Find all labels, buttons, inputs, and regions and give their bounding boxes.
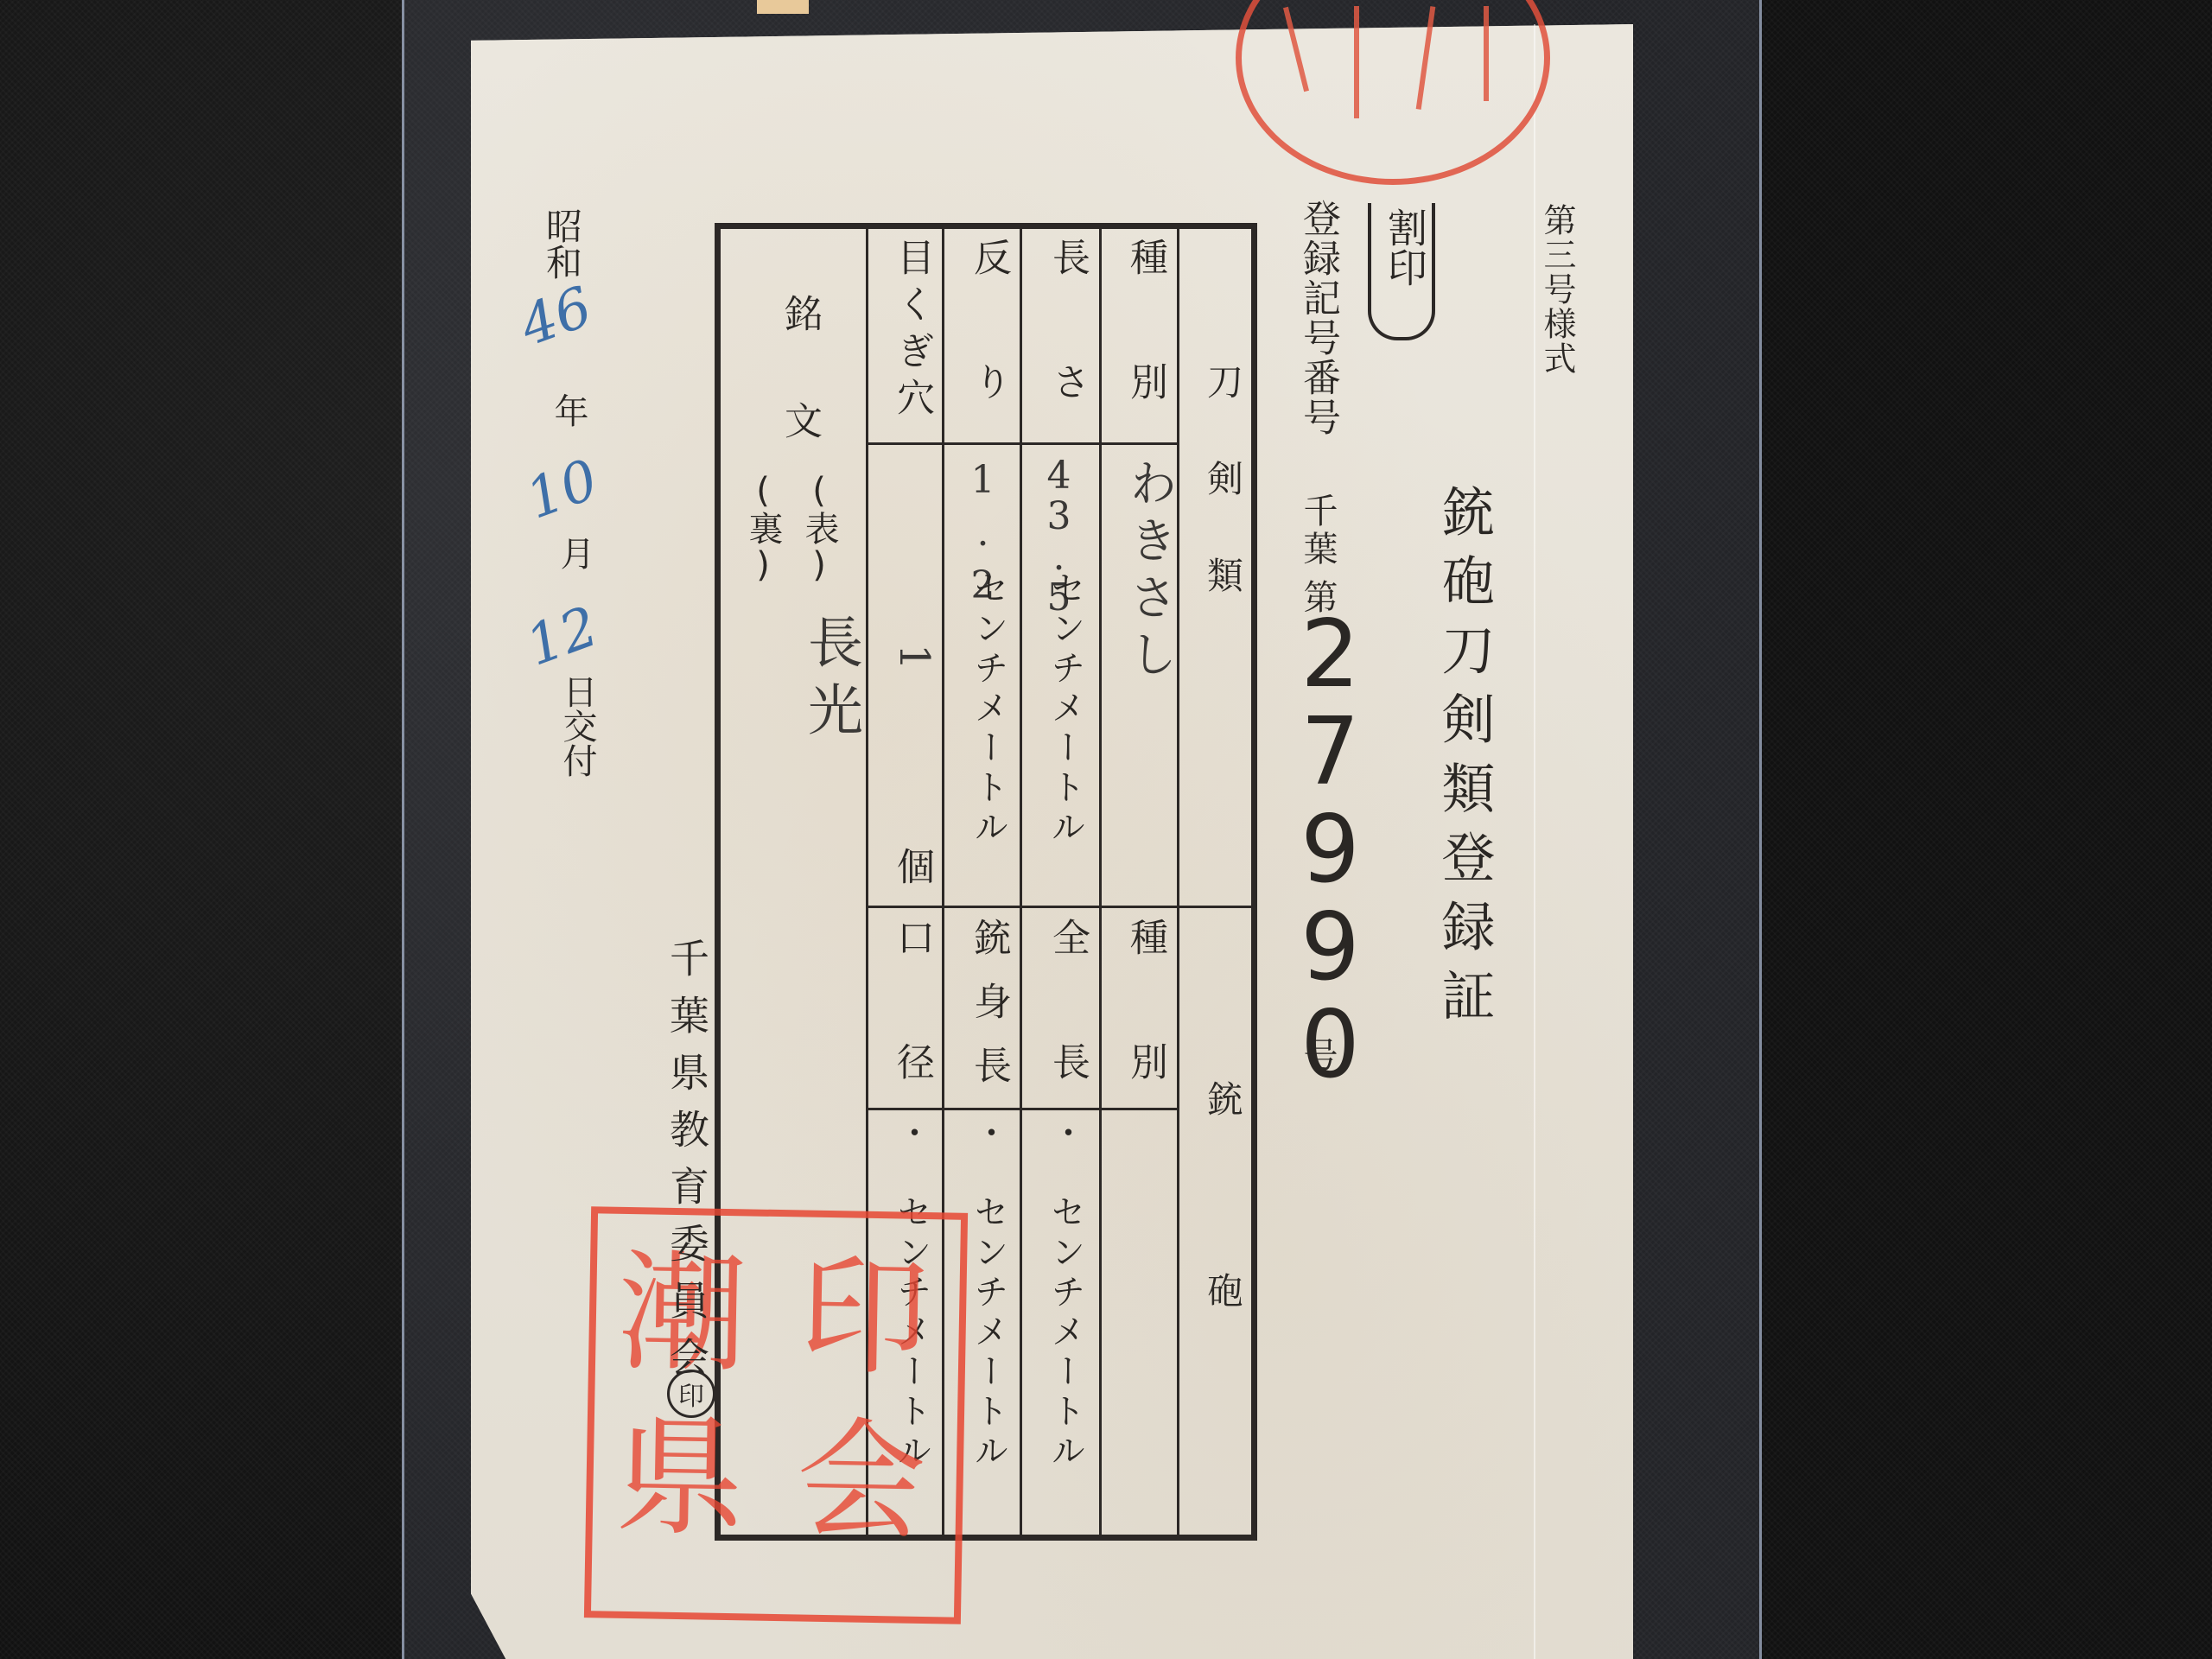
sword-length-unit: センチメートル — [1041, 570, 1090, 849]
seal-mark-icon: 印 — [667, 1370, 715, 1418]
barrel-length-value: ・ センチメートル — [964, 1115, 1014, 1472]
document-title: 銃砲刀剣類登録証 — [1426, 484, 1503, 1037]
registration-label: 登録記号番号 — [1290, 199, 1345, 437]
registration-number: 27990 — [1276, 601, 1384, 1089]
sword-type-value: わきさし — [1115, 458, 1184, 686]
mekugi-ana-header: 目くぎ穴 — [884, 238, 939, 424]
overall-length-value: ・ センチメートル — [1041, 1115, 1090, 1472]
curvature-unit: センチメートル — [964, 570, 1014, 849]
form-number: 第三号様式 — [1534, 203, 1581, 376]
seal-mark-text: 印 — [678, 1375, 704, 1413]
issue-day-label: 日交付 — [553, 674, 602, 778]
curvature-header: 反り — [961, 238, 1016, 486]
sword-section-label: 刀剣類 — [1197, 363, 1249, 653]
inscription-back-label: (裏) — [739, 471, 788, 585]
gun-type-header: 種別 — [1117, 918, 1173, 1166]
official-red-seal-icon: 潮 県 印 会 — [584, 1206, 968, 1624]
table-divider — [1020, 226, 1022, 1538]
inscription-front-label: (表) — [795, 471, 844, 585]
gun-section-label: 銃砲 — [1197, 1080, 1249, 1464]
table-divider — [1099, 226, 1102, 1538]
issue-month-label: 月 — [550, 536, 600, 570]
table-divider — [1177, 226, 1179, 1538]
split-seal-label: 割印 — [1376, 207, 1433, 287]
inscription-front-value: 長光 — [791, 613, 870, 748]
barrel-length-header: 銃身長 — [961, 918, 1016, 1109]
issue-era: 昭和 — [536, 207, 588, 280]
mekugi-unit: 個 — [884, 847, 939, 885]
registration-prefecture: 千葉 — [1294, 493, 1343, 569]
table-divider — [866, 906, 1255, 908]
sword-type-header: 種別 — [1117, 238, 1173, 486]
sword-length-header: 長さ — [1039, 238, 1095, 486]
issuer-name: 千葉県教育委員会 — [658, 938, 715, 1394]
mekugi-count: 1 — [890, 644, 938, 671]
issue-year-label: 年 — [544, 393, 594, 428]
registration-suffix: 号 — [1294, 1037, 1343, 1071]
gold-tab — [757, 0, 809, 14]
